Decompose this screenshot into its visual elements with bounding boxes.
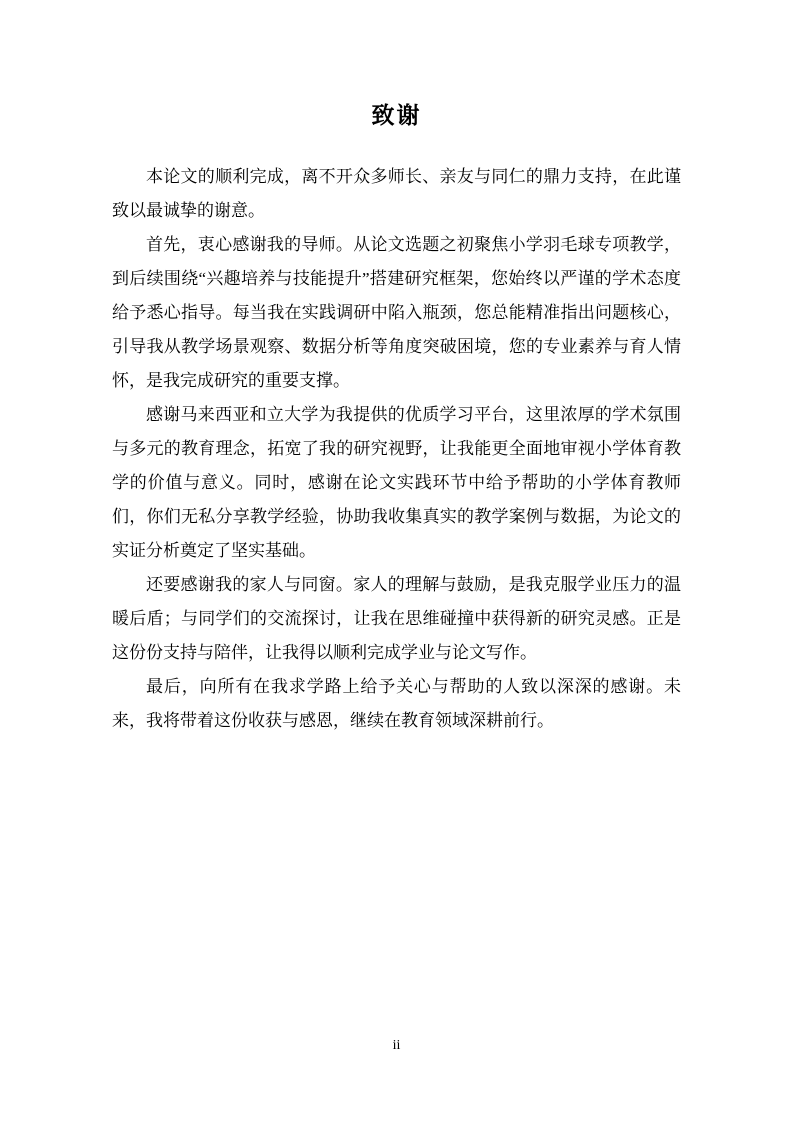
- document-page: 致谢 本论文的顺利完成，离不开众多师长、亲友与同仁的鼎力支持，在此谨致以最诚挚的…: [0, 0, 793, 1122]
- page-number: ii: [0, 1038, 793, 1054]
- page-title: 致谢: [0, 0, 793, 132]
- paragraph-university-teachers-thanks: 感谢马来西亚和立大学为我提供的优质学习平台，这里浓厚的学术氛围与多元的教育理念，…: [112, 398, 681, 568]
- paragraph-advisor-thanks: 首先，衷心感谢我的导师。从论文选题之初聚焦小学羽毛球专项教学，到后续围绕“兴趣培…: [112, 228, 681, 398]
- paragraph-family-classmates-thanks: 还要感谢我的家人与同窗。家人的理解与鼓励，是我克服学业压力的温暖后盾；与同学们的…: [112, 568, 681, 670]
- paragraph-thanks-overview: 本论文的顺利完成，离不开众多师长、亲友与同仁的鼎力支持，在此谨致以最诚挚的谢意。: [112, 160, 681, 228]
- document-body: 本论文的顺利完成，离不开众多师长、亲友与同仁的鼎力支持，在此谨致以最诚挚的谢意。…: [0, 132, 793, 738]
- paragraph-closing-thanks: 最后，向所有在我求学路上给予关心与帮助的人致以深深的感谢。未来，我将带着这份收获…: [112, 670, 681, 738]
